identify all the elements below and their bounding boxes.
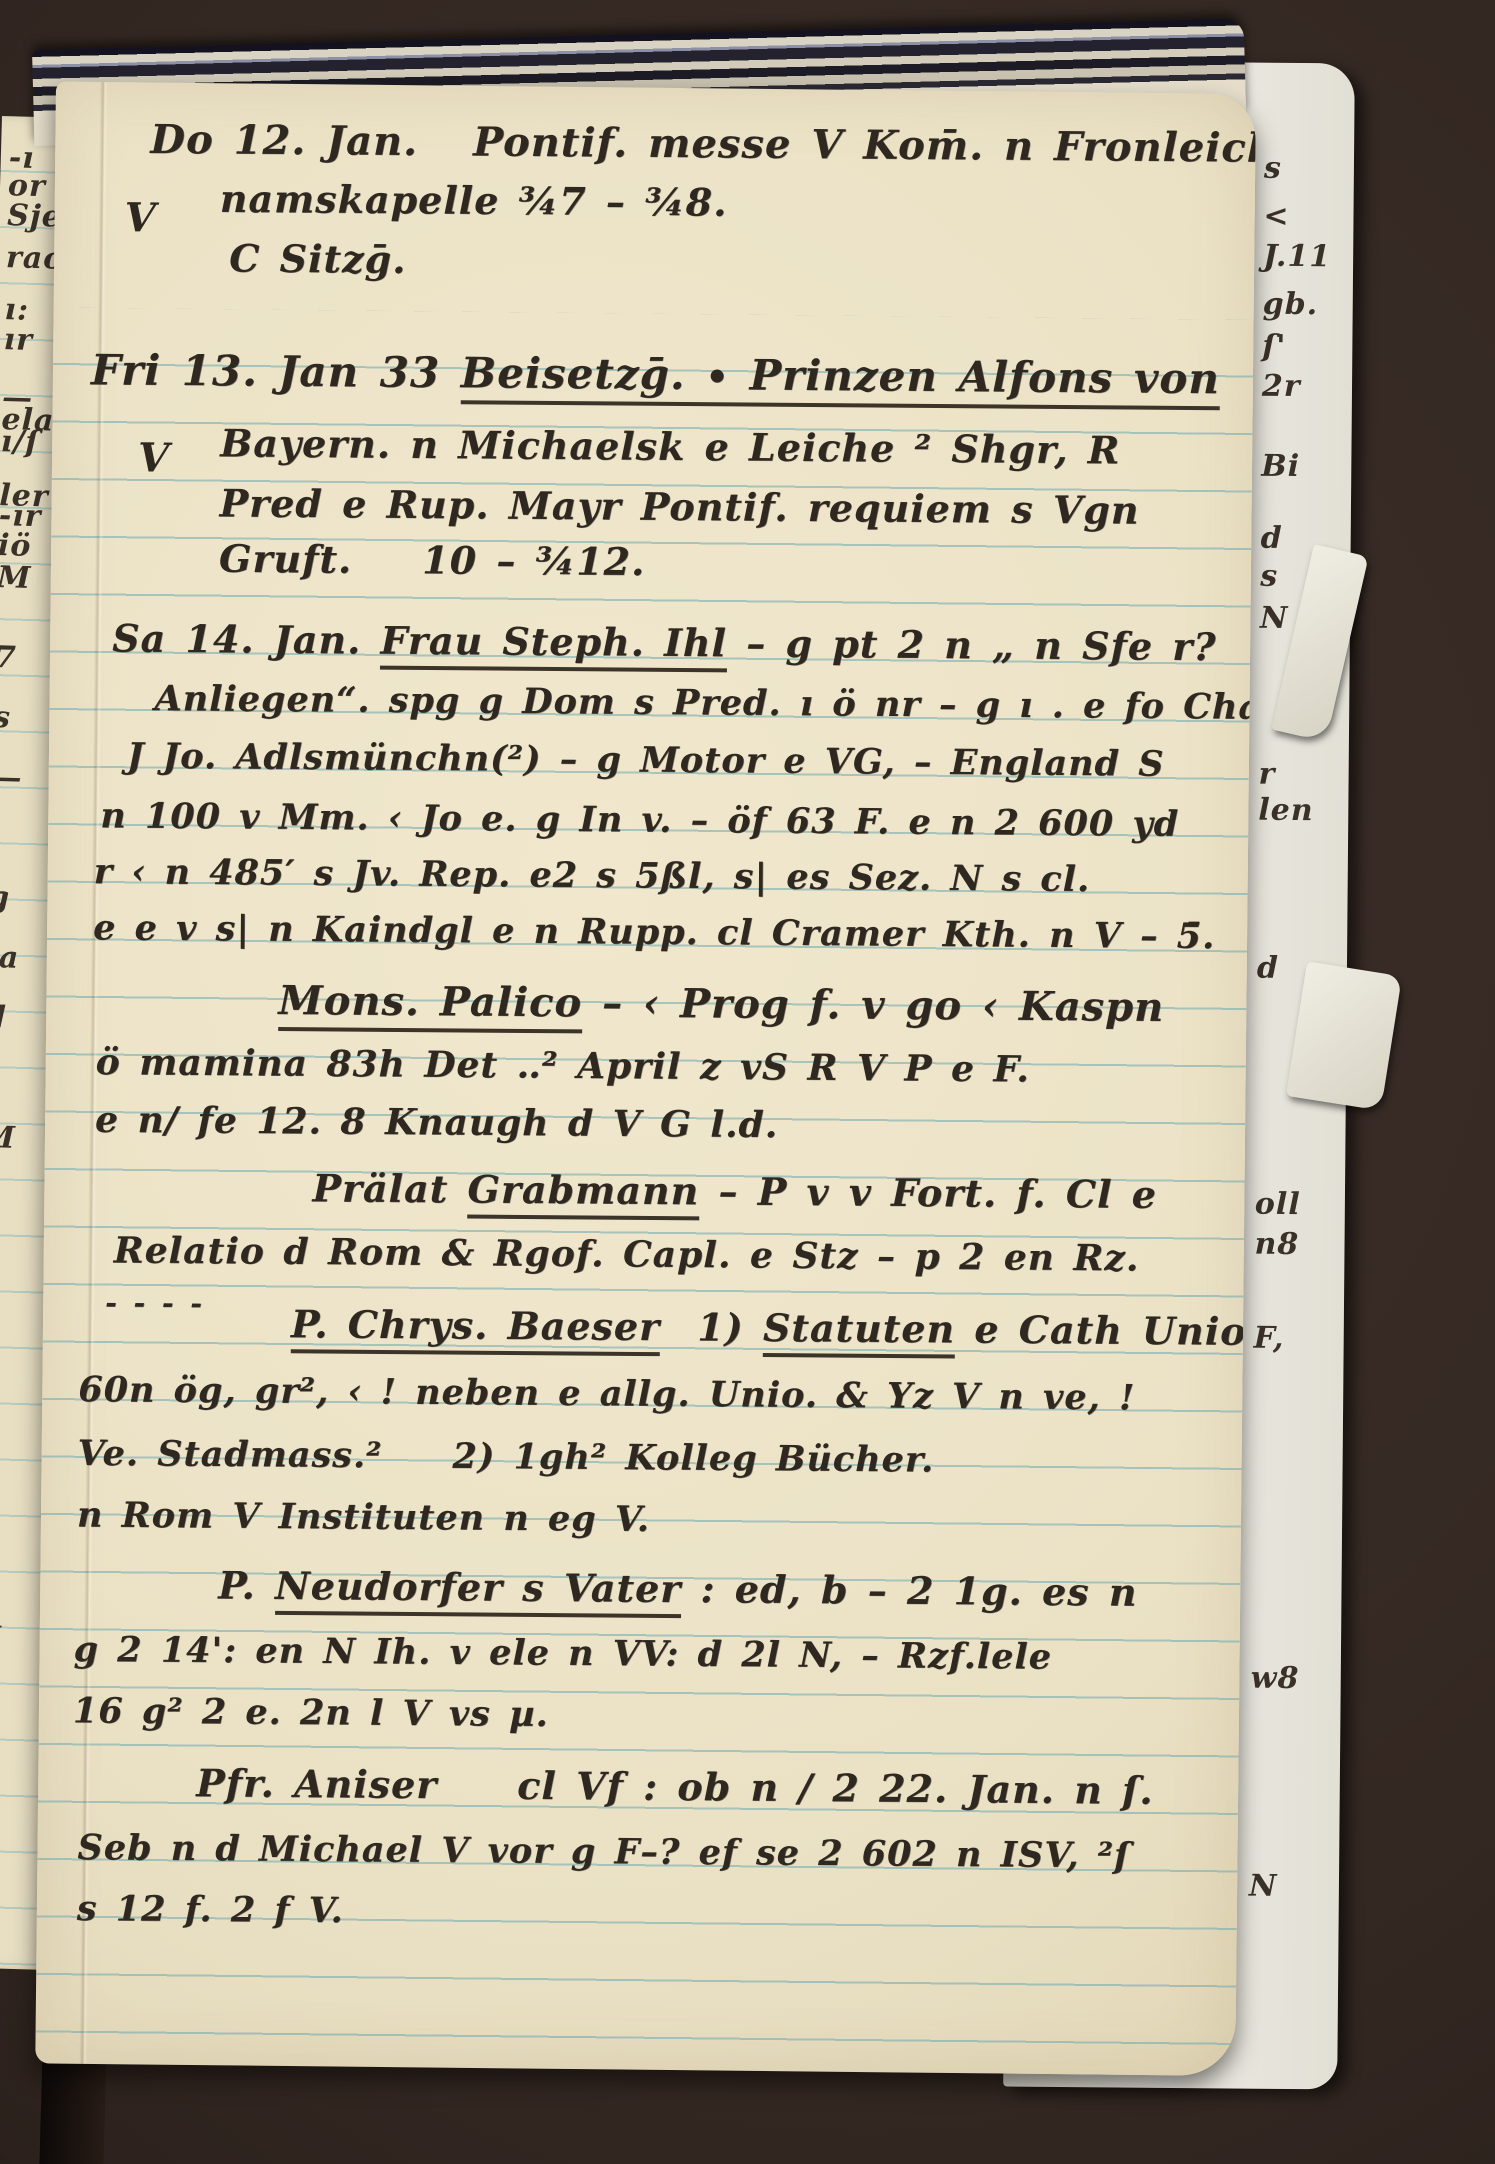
handwritten-line-p-chrys-baeser: 60n ög, gr², ‹ ! neben e allg. Unio. & Y… xyxy=(78,1369,1135,1418)
handwriting-fragment: M xyxy=(0,1120,16,1156)
handwritten-line-p-chrys-baeser: n Rom V Instituten n eg V. xyxy=(77,1495,650,1540)
handwritten-line-praelat-grabmann: Relatio d Rom & Rgof. Capl. e Stz – p 2 … xyxy=(114,1229,1140,1279)
handwritten-text: Fri 13. Jan 33 xyxy=(91,345,461,397)
notebook-photo: { "colors": { "backdrop": "#342822", "pa… xyxy=(0,0,1495,2164)
handwriting-fragment: M xyxy=(0,560,32,596)
handwriting-fragment: d xyxy=(1257,951,1279,986)
handwritten-line-pfr-aniser: Seb n d Michael V vor g F–? ef se 2 602 … xyxy=(77,1827,1130,1876)
handwriting-fragment: d xyxy=(1261,521,1283,556)
handwriting-fragment: < xyxy=(1263,199,1289,234)
handwriting-fragment: gb. xyxy=(1263,287,1319,322)
handwritten-line-p-neudorfer: g 2 14': en N Ih. v ele n VV: d 2l N, – … xyxy=(73,1629,1052,1678)
handwritten-text: r ‹ n 485′ s Jv. Rep. e2 s 5ßl, s| es Se… xyxy=(94,851,1091,900)
handwritten-line-p-chrys-baeser: - - - - xyxy=(105,1286,203,1320)
handwritten-text: Relatio d Rom & Rgof. Capl. e Stz – p 2 … xyxy=(114,1229,1140,1279)
handwritten-text: 10 – ¾12. xyxy=(422,537,645,584)
handwritten-text: cl Vf : ob n / 2 22. Jan. n ſ. xyxy=(517,1763,1154,1813)
handwritten-text: J Jo. Adlsmünchn(²) – g Motor e VG, – En… xyxy=(127,736,1165,785)
handwritten-line-pfr-aniser: s 12 f. 2 f V. xyxy=(77,1888,344,1931)
handwritten-line-p-chrys-baeser: P. Chrys. Baeser 1) Statuten e Cath Unio xyxy=(291,1301,1247,1354)
handwritten-text: Frau Steph. Ihl xyxy=(380,618,727,673)
handwritten-text: : ed, b – 2 1g. es n xyxy=(681,1566,1138,1615)
diary-page: Do 12. Jan.Pontif. messe V Kom̄. n Fronl… xyxy=(35,81,1256,2075)
paper-tab xyxy=(1286,961,1402,1110)
handwritten-line-fr-13-jan-beisetzung-prinz-alfons: Bayern. n Michaelsk e Leiche ² Shgr, R xyxy=(220,420,1120,472)
handwritten-text: P. Chrys. Baeser xyxy=(291,1301,660,1356)
margin-checkmark: V xyxy=(138,434,170,481)
handwritten-text: Sa 14. Jan. xyxy=(112,616,381,663)
handwriting-fragment: F, xyxy=(1254,1321,1285,1356)
handwriting-fragment: ı/ſ xyxy=(0,424,39,460)
handwritten-line-p-neudorfer: P. Neudorfer s Vater : ed, b – 2 1g. es … xyxy=(218,1562,1138,1614)
handwritten-text: Ve. Stadmass.² xyxy=(77,1433,382,1476)
handwriting-fragment: L xyxy=(0,1240,1,1276)
handwritten-text: ö mamina 83h Det ‥² April z vS R V P e F… xyxy=(96,1041,1031,1090)
handwriting-fragment: len xyxy=(1258,793,1314,828)
handwriting-fragment: J.11 xyxy=(1263,239,1331,275)
handwritten-text: Neudorfer s Vater xyxy=(275,1563,682,1618)
handwritten-line-sa-14-jan-frau-steph-ihl: Sa 14. Jan. Frau Steph. Ihl – g pt 2 n „… xyxy=(112,616,1217,670)
handwritten-line-fr-13-jan-beisetzung-prinz-alfons: Pred e Rup. Mayr Pontif. requiem s Vgn xyxy=(219,480,1139,532)
handwritten-text: s 12 f. 2 f V. xyxy=(77,1888,344,1931)
margin-checkmark: V xyxy=(124,194,156,241)
handwriting-fragment: 2r xyxy=(1262,369,1301,404)
handwritten-text: n 100 v Mm. ‹ Jo e. g In v. – öf 63 F. e… xyxy=(100,795,1179,844)
handwriting-fragment: Bi xyxy=(1261,449,1300,484)
handwriting-fragment: ır xyxy=(3,322,33,358)
handwritten-line-do-12-jan: Do 12. Jan.Pontif. messe V Kom̄. n Fronl… xyxy=(150,116,1256,172)
handwritten-line-mons-palico: Mons. Palico – ‹ Prog f. v go ‹ Kaspn xyxy=(278,977,1164,1031)
handwritten-line-sa-14-jan-frau-steph-ihl: Anliegen“. spg g Dom s Pred. ı ö nr – g … xyxy=(154,678,1256,729)
handwritten-line-fr-13-jan-beisetzung-prinz-alfons: Gruft.10 – ¾12. xyxy=(219,536,646,584)
handwritten-text: Mons. Palico xyxy=(278,977,582,1033)
handwriting-fragment: s xyxy=(1260,559,1278,594)
handwritten-text: n Rom V Instituten n eg V. xyxy=(77,1495,650,1540)
handwritten-text: Seb n d Michael V vor g F–? ef se 2 602 … xyxy=(77,1827,1130,1876)
handwriting-fragment: M xyxy=(0,1620,2,1656)
handwriting-fragment: d xyxy=(0,1000,7,1036)
handwritten-line-pfr-aniser: Pfr. Anisercl Vf : ob n / 2 22. Jan. n ſ… xyxy=(196,1760,1154,1813)
handwritten-text: Do 12. Jan. xyxy=(150,116,418,165)
handwriting-fragment: s xyxy=(1264,151,1282,186)
handwritten-text: Pfr. Aniser xyxy=(196,1760,437,1807)
handwritten-line-sa-14-jan-frau-steph-ihl: e e v s| n Kaindgl e n Rupp. cl Cramer K… xyxy=(93,907,1215,957)
handwriting-layer: Do 12. Jan.Pontif. messe V Kom̄. n Fronl… xyxy=(35,81,1256,2075)
handwritten-text: 16 g² 2 e. 2n l V vs µ. xyxy=(73,1690,549,1735)
handwriting-fragment: la xyxy=(0,940,20,976)
handwriting-fragment: oll xyxy=(1255,1187,1301,1222)
handwriting-fragment: g xyxy=(0,880,11,916)
handwritten-line-do-12-jan: namskapelle ¾7 – ¾8. xyxy=(220,176,728,225)
handwritten-line-mons-palico: e n/ fe 12. 8 Knaugh d V G l.d. xyxy=(95,1099,778,1146)
handwritten-text: - - - - xyxy=(105,1286,203,1320)
handwritten-text: C Sitzḡ. xyxy=(229,236,407,282)
handwriting-fragment: iö xyxy=(0,528,32,564)
handwritten-line-sa-14-jan-frau-steph-ihl: J Jo. Adlsmünchn(²) – g Motor e VG, – En… xyxy=(127,736,1165,785)
handwritten-line-sa-14-jan-frau-steph-ihl: r ‹ n 485′ s Jv. Rep. e2 s 5ßl, s| es Se… xyxy=(94,851,1091,900)
handwritten-text: Bayern. n Michaelsk e Leiche ² Shgr, R xyxy=(220,420,1120,472)
handwritten-line-praelat-grabmann: Prälat Grabmann – P v v Fort. f. Cl e xyxy=(312,1165,1157,1217)
handwritten-text: Grabmann xyxy=(467,1167,699,1221)
handwritten-text: P. xyxy=(218,1562,275,1607)
handwriting-fragment: r xyxy=(1258,757,1275,792)
handwriting-fragment: — xyxy=(0,760,23,796)
handwritten-text: 1) xyxy=(678,1304,763,1350)
handwritten-text: – P v v Fort. f. Cl e xyxy=(699,1168,1157,1217)
handwritten-text: Pontif. messe V Kom̄. n Fronleich- xyxy=(473,119,1256,172)
handwritten-line-p-neudorfer: 16 g² 2 e. 2n l V vs µ. xyxy=(73,1690,549,1735)
handwriting-fragment: N xyxy=(1260,601,1289,636)
handwritten-text: namskapelle ¾7 – ¾8. xyxy=(220,176,728,225)
handwriting-fragment: 7 xyxy=(0,640,17,676)
handwritten-text: – ‹ Prog f. v go ‹ Kaspn xyxy=(582,979,1164,1031)
handwritten-line-p-chrys-baeser: Ve. Stadmass.²2) 1gh² Kolleg Bücher. xyxy=(77,1433,934,1481)
handwritten-text: Statuten xyxy=(763,1305,956,1359)
handwritten-text: Anliegen“. spg g Dom s Pred. ı ö nr – g … xyxy=(154,678,1256,729)
handwritten-text: e n/ fe 12. 8 Knaugh d V G l.d. xyxy=(95,1099,778,1146)
handwritten-line-do-12-jan: C Sitzḡ. xyxy=(229,236,407,282)
handwritten-text: Pred e Rup. Mayr Pontif. requiem s Vgn xyxy=(219,480,1139,532)
handwritten-text: 2) 1gh² Kolleg Bücher. xyxy=(452,1436,934,1481)
handwriting-fragment: w8 xyxy=(1251,1661,1300,1696)
handwritten-text: 60n ög, gr², ‹ ! neben e allg. Unio. & Y… xyxy=(78,1369,1135,1418)
handwritten-text: Beisetzḡ. ∙ Prinzen Alfons von xyxy=(461,348,1221,410)
handwritten-text: – g pt 2 n „ n Sfe r? xyxy=(727,620,1217,669)
handwriting-fragment: s xyxy=(0,700,12,735)
handwritten-text: g 2 14': en N Ih. v ele n VV: d 2l N, – … xyxy=(73,1629,1052,1678)
handwritten-line-fr-13-jan-beisetzung-prinz-alfons: Fri 13. Jan 33 Beisetzḡ. ∙ Prinzen Alfon… xyxy=(91,345,1220,403)
handwriting-fragment: n8 xyxy=(1254,1227,1299,1262)
handwritten-line-mons-palico: ö mamina 83h Det ‥² April z vS R V P e F… xyxy=(96,1041,1031,1090)
handwritten-line-sa-14-jan-frau-steph-ihl: n 100 v Mm. ‹ Jo e. g In v. – öf 63 F. e… xyxy=(100,795,1179,844)
handwritten-text: e e v s| n Kaindgl e n Rupp. cl Cramer K… xyxy=(93,907,1215,957)
handwriting-fragment: ſ' xyxy=(1262,329,1286,364)
handwritten-text: e Cath Unio xyxy=(955,1306,1247,1353)
handwriting-fragment: N xyxy=(1249,1869,1278,1904)
handwritten-text: Prälat xyxy=(312,1165,467,1211)
handwritten-text: Gruft. xyxy=(219,536,353,582)
